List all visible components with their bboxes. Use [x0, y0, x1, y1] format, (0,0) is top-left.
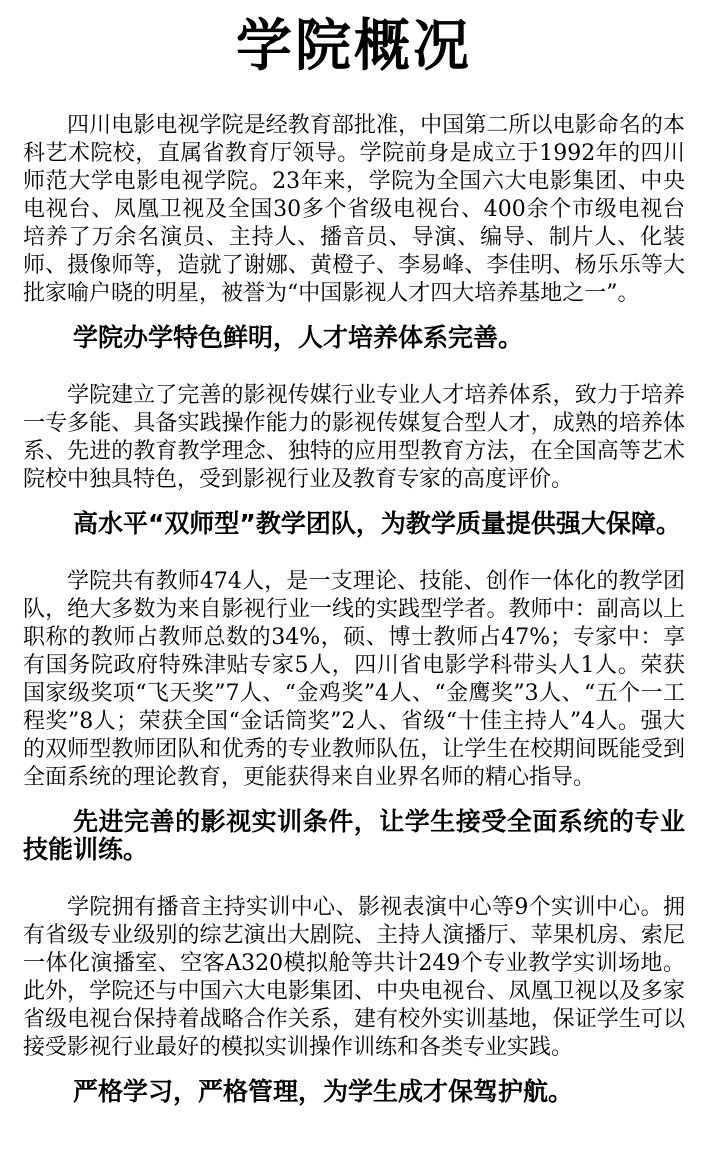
page-title: 学院概况	[23, 16, 685, 76]
heading-practical-facilities: 先进完善的影视实训条件，让学生接受全面系统的专业技能训练。	[23, 808, 685, 864]
paragraph-practical-facilities: 学院拥有播音主持实训中心、影视表演中心等9个实训中心。拥有省级专业级别的综艺演出…	[23, 894, 685, 1062]
document-page: 学院概况 四川电影电视学院是经教育部批准，中国第二所以电影命名的本科艺术院校，直…	[0, 0, 708, 1164]
paragraph-training-system: 学院建立了完善的影视传媒行业专业人才培养体系，致力于培养一专多能、具备实践操作能…	[23, 382, 685, 494]
paragraph-teaching-team: 学院共有教师474人，是一支理论、技能、创作一体化的教学团队，绝大多数为来自影视…	[23, 568, 685, 792]
heading-strict-management: 严格学习，严格管理，为学生成才保驾护航。	[23, 1078, 685, 1106]
paragraph-college-intro: 四川电影电视学院是经教育部批准，中国第二所以电影命名的本科艺术院校，直属省教育厅…	[23, 112, 685, 308]
heading-teaching-team: 高水平“双师型”教学团队，为教学质量提供强大保障。	[23, 510, 685, 538]
heading-training-system: 学院办学特色鲜明，人才培养体系完善。	[23, 324, 685, 352]
